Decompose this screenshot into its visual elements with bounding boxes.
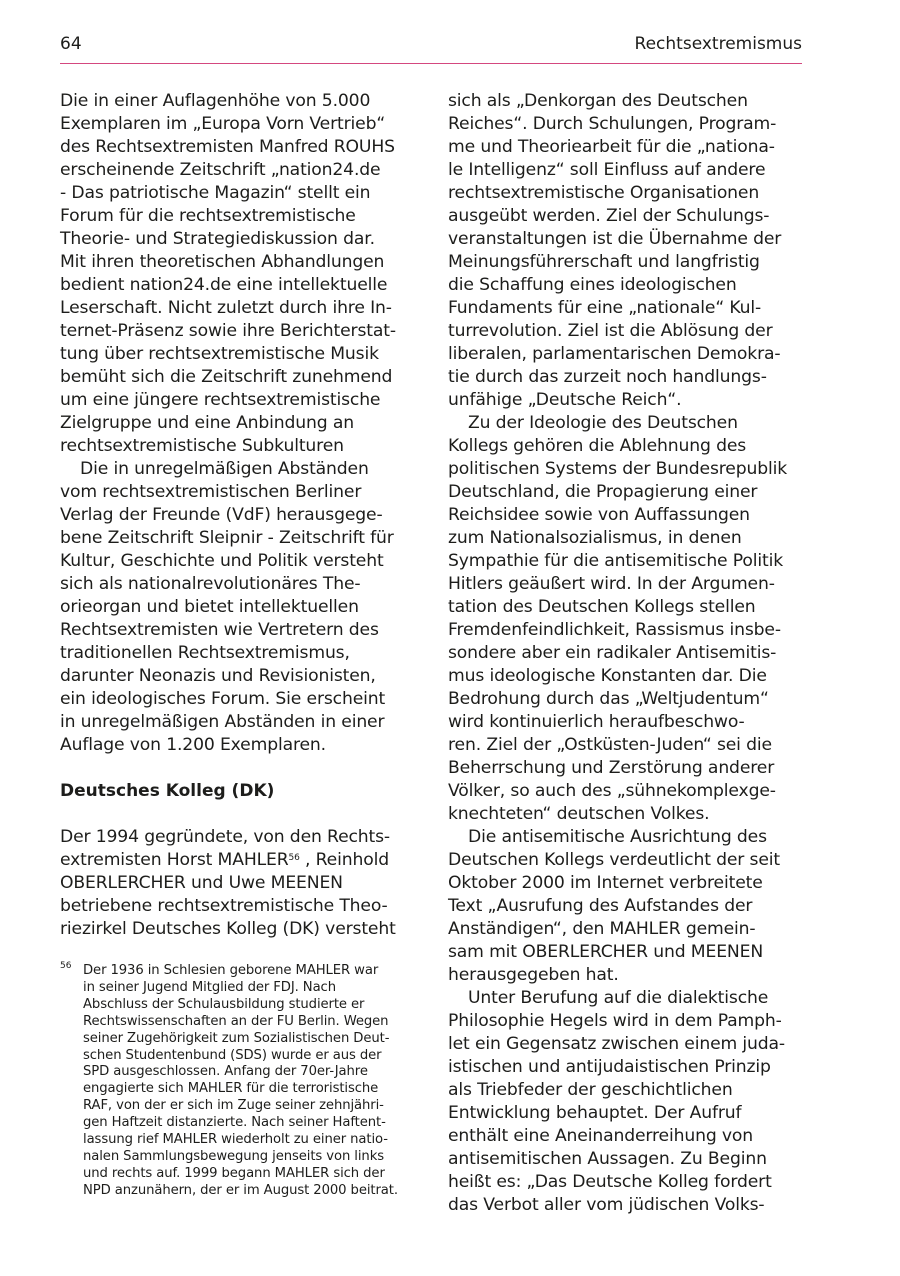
text-line: Die in einer Auflagenhöhe von 5.000	[60, 90, 418, 113]
text-line: Unter Berufung auf die dialektische	[448, 987, 806, 1010]
text-line: ren. Ziel der „Ostküsten-Juden“ sei die	[448, 734, 806, 757]
text-line: Bedrohung durch das „Weltjudentum“	[448, 688, 806, 711]
text-line: knechteten“ deutschen Volkes.	[448, 803, 806, 826]
text-line: Beherrschung und Zerstörung anderer	[448, 757, 806, 780]
footnote-line: lassung rief MAHLER wiederholt zu einer …	[83, 1132, 418, 1149]
text-line: ternet-Präsenz sowie ihre Berichterstat-	[60, 320, 418, 343]
text-line: vom rechtsextremistischen Berliner	[60, 481, 418, 504]
text-line: Die in unregelmäßigen Abständen	[60, 458, 418, 481]
text-line: bedient nation24.de eine intellektuelle	[60, 274, 418, 297]
text-line: liberalen, parlamentarischen Demokra-	[448, 343, 806, 366]
text-line: turrevolution. Ziel ist die Ablösung der	[448, 320, 806, 343]
text-line: Kultur, Geschichte und Politik versteht	[60, 550, 418, 573]
footnote-line: NPD anzunähern, der er im August 2000 be…	[83, 1183, 418, 1200]
text-line: bemüht sich die Zeitschrift zunehmend	[60, 366, 418, 389]
footnote-line: Abschluss der Schulausbildung studierte …	[83, 997, 418, 1014]
paragraph: Zu der Ideologie des Deutschen Kollegs g…	[448, 412, 806, 826]
text-line: veranstaltungen ist die Übernahme der	[448, 228, 806, 251]
footnote-line: RAF, von der er sich im Zuge seiner zehn…	[83, 1098, 418, 1115]
paragraph: Der 1994 gegründete, von den Rechts- ext…	[60, 826, 418, 941]
running-title: Rechtsextremismus	[635, 34, 802, 54]
text-line: - Das patriotische Magazin“ stellt ein	[60, 182, 418, 205]
text-line: Kollegs gehören die Ablehnung des	[448, 435, 806, 458]
text-line: darunter Neonazis und Revisionisten,	[60, 665, 418, 688]
text-line: das Verbot aller vom jüdischen Volks-	[448, 1194, 806, 1217]
text-line: um eine jüngere rechtsextremistische	[60, 389, 418, 412]
text-line: sondere aber ein radikaler Antisemitis-	[448, 642, 806, 665]
paragraph: Unter Berufung auf die dialektische Phil…	[448, 987, 806, 1217]
text-line: ausgeübt werden. Ziel der Schulungs-	[448, 205, 806, 228]
footnote-line: und rechts auf. 1999 begann MAHLER sich …	[83, 1166, 418, 1183]
text-line: Fremdenfeindlichkeit, Rassismus insbe-	[448, 619, 806, 642]
text-line: Oktober 2000 im Internet verbreitete	[448, 872, 806, 895]
text-line: unfähige „Deutsche Reich“.	[448, 389, 806, 412]
text-line: Auflage von 1.200 Exemplaren.	[60, 734, 418, 757]
text-line: als Triebfeder der geschichtlichen	[448, 1079, 806, 1102]
text-line: Mit ihren theoretischen Abhandlungen	[60, 251, 418, 274]
footnote-line: in seiner Jugend Mitglied der FDJ. Nach	[83, 980, 418, 997]
text-line: tie durch das zurzeit noch handlungs-	[448, 366, 806, 389]
footnote-line: Rechtswissenschaften an der FU Berlin. W…	[83, 1014, 418, 1031]
text-line: rechtsextremistische Organisationen	[448, 182, 806, 205]
paragraph: Die in unregelmäßigen Abständen vom rech…	[60, 458, 418, 757]
text-line: sich als „Denkorgan des Deutschen	[448, 90, 806, 113]
text-segment: , Reinhold	[300, 850, 389, 870]
text-line: tation des Deutschen Kollegs stellen	[448, 596, 806, 619]
text-line: antisemitischen Aussagen. Zu Beginn	[448, 1148, 806, 1171]
text-line: sam mit OBERLERCHER und MEENEN	[448, 941, 806, 964]
footnote: 56 Der 1936 in Schlesien geborene MAHLER…	[60, 963, 418, 1200]
text-line: Fundaments für eine „nationale“ Kul-	[448, 297, 806, 320]
footnote-reference[interactable]: 56	[289, 853, 300, 863]
footnote-line: seiner Zugehörigkeit zum Sozialistischen…	[83, 1031, 418, 1048]
text-line: Zielgruppe und eine Anbindung an	[60, 412, 418, 435]
text-line: istischen und antijudaistischen Prinzip	[448, 1056, 806, 1079]
text-line: Zu der Ideologie des Deutschen	[448, 412, 806, 435]
text-line: Reichsidee sowie von Auffassungen	[448, 504, 806, 527]
text-line: rechtsextremistische Subkulturen	[60, 435, 418, 458]
footnote-line: SPD ausgeschlossen. Anfang der 70er-Jahr…	[83, 1064, 418, 1081]
text-line: le Intelligenz“ soll Einfluss auf andere	[448, 159, 806, 182]
text-line: Die antisemitische Ausrichtung des	[448, 826, 806, 849]
text-line: Text „Ausrufung des Aufstandes der	[448, 895, 806, 918]
text-line: me und Theoriearbeit für die „nationa-	[448, 136, 806, 159]
footnote-marker: 56	[60, 961, 71, 971]
text-line: sich als nationalrevolutionäres The-	[60, 573, 418, 596]
right-column: sich als „Denkorgan des Deutschen Reiche…	[448, 90, 806, 1217]
text-line: let ein Gegensatz zwischen einem juda-	[448, 1033, 806, 1056]
page-number: 64	[60, 34, 82, 54]
text-line: mus ideologische Konstanten dar. Die	[448, 665, 806, 688]
text-line: erscheinende Zeitschrift „nation24.de	[60, 159, 418, 182]
footnote-line: engagierte sich MAHLER für die terrorist…	[83, 1081, 418, 1098]
text-line: riezirkel Deutsches Kolleg (DK) versteht	[60, 918, 418, 941]
text-line: Meinungsführerschaft und langfristig	[448, 251, 806, 274]
text-line: heißt es: „Das Deutsche Kolleg fordert	[448, 1171, 806, 1194]
text-line: politischen Systems der Bundesrepublik	[448, 458, 806, 481]
footnote-line: nalen Sammlungsbewegung jenseits von lin…	[83, 1149, 418, 1166]
text-line: Verlag der Freunde (VdF) herausgege-	[60, 504, 418, 527]
text-line: zum Nationalsozialismus, in denen	[448, 527, 806, 550]
footnote-line: schen Studentenbund (SDS) wurde er aus d…	[83, 1048, 418, 1065]
text-line: Anständigen“, den MAHLER gemein-	[448, 918, 806, 941]
text-line: Entwicklung behauptet. Der Aufruf	[448, 1102, 806, 1125]
text-line: ein ideologisches Forum. Sie erscheint	[60, 688, 418, 711]
paragraph: Die in einer Auflagenhöhe von 5.000 Exem…	[60, 90, 418, 458]
text-line: Sympathie für die antisemitische Politik	[448, 550, 806, 573]
text-line: Forum für die rechtsextremistische	[60, 205, 418, 228]
text-line: Philosophie Hegels wird in dem Pamph-	[448, 1010, 806, 1033]
footnote-line: gen Haftzeit distanzierte. Nach seiner H…	[83, 1115, 418, 1132]
header-rule	[60, 63, 802, 64]
text-line: orieorgan und bietet intellektuellen	[60, 596, 418, 619]
section-heading: Deutsches Kolleg (DK)	[60, 780, 418, 803]
text-line: betriebene rechtsextremistische Theo-	[60, 895, 418, 918]
text-line: wird kontinuierlich heraufbeschwo-	[448, 711, 806, 734]
text-line: bene Zeitschrift Sleipnir - Zeitschrift …	[60, 527, 418, 550]
text-line: Leserschaft. Nicht zuletzt durch ihre In…	[60, 297, 418, 320]
text-line: in unregelmäßigen Abständen in einer	[60, 711, 418, 734]
text-line: Rechtsextremisten wie Vertretern des	[60, 619, 418, 642]
text-line: Hitlers geäußert wird. In der Argumen-	[448, 573, 806, 596]
text-line: extremisten Horst MAHLER56 , Reinhold	[60, 849, 418, 872]
text-segment: extremisten Horst MAHLER	[60, 850, 289, 870]
paragraph: sich als „Denkorgan des Deutschen Reiche…	[448, 90, 806, 412]
text-line: Reiches“. Durch Schulungen, Program-	[448, 113, 806, 136]
text-line: Exemplaren im „Europa Vorn Vertrieb“	[60, 113, 418, 136]
paragraph: Die antisemitische Ausrichtung des Deuts…	[448, 826, 806, 987]
text-line: Theorie- und Strategiediskussion dar.	[60, 228, 418, 251]
text-line: Deutschland, die Propagierung einer	[448, 481, 806, 504]
text-line: enthält eine Aneinanderreihung von	[448, 1125, 806, 1148]
text-line: Der 1994 gegründete, von den Rechts-	[60, 826, 418, 849]
text-line: traditionellen Rechtsextremismus,	[60, 642, 418, 665]
text-line: die Schaffung eines ideologischen	[448, 274, 806, 297]
text-line: OBERLERCHER und Uwe MEENEN	[60, 872, 418, 895]
text-line: herausgegeben hat.	[448, 964, 806, 987]
text-line: Deutschen Kollegs verdeutlicht der seit	[448, 849, 806, 872]
text-line: Völker, so auch des „sühnekomplexge-	[448, 780, 806, 803]
text-line: des Rechtsextremisten Manfred ROUHS	[60, 136, 418, 159]
footnote-line: Der 1936 in Schlesien geborene MAHLER wa…	[83, 963, 418, 980]
page-header: 64 Rechtsextremismus	[60, 34, 802, 64]
left-column: Die in einer Auflagenhöhe von 5.000 Exem…	[60, 90, 418, 1200]
text-line: tung über rechtsextremistische Musik	[60, 343, 418, 366]
